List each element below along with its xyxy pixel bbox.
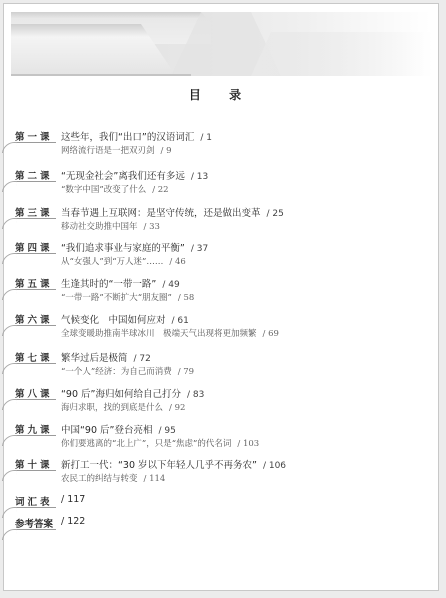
lesson-title[interactable]: “无现金社会”离我们还有多远/ 13 bbox=[61, 168, 208, 182]
lesson-title-text: 新打工一代：“30 岁以下年轻人几乎不再务农” bbox=[61, 460, 257, 471]
lesson-title-text: “我们追求事业与家庭的平衡” bbox=[61, 243, 185, 254]
label-underline bbox=[14, 470, 56, 471]
label-underline bbox=[14, 142, 56, 143]
lesson-title-text: 生逢其时的“一带一路” bbox=[61, 279, 156, 290]
reading-title-text: 网络流行语是一把双刃剑 bbox=[61, 146, 155, 156]
lesson-title-text: 这些年，我们“出口”的汉语词汇 bbox=[61, 132, 194, 143]
page-title: 目 录 bbox=[4, 86, 438, 103]
page-number: / 37 bbox=[191, 244, 208, 254]
lesson-label: 第十课 bbox=[15, 457, 56, 471]
reading-title[interactable]: “一带一路”不断扩大“朋友圈”/ 58 bbox=[61, 291, 194, 303]
page-number: / 9 bbox=[161, 146, 172, 156]
label-hook-decoration bbox=[2, 399, 17, 410]
toc-page: 目 录 第一课 这些年，我们“出口”的汉语词汇/ 1 网络流行语是一把双刃剑/ … bbox=[3, 3, 439, 591]
label-hook-decoration bbox=[2, 435, 17, 446]
lesson-title[interactable]: “90 后”海归如何给自己打分/ 83 bbox=[61, 386, 204, 400]
lesson-title[interactable]: 气候变化 中国如何应对/ 61 bbox=[61, 312, 189, 326]
page-number: / 92 bbox=[169, 403, 185, 413]
reading-title[interactable]: “数字中国”改变了什么/ 22 bbox=[61, 183, 169, 195]
page-number: / 103 bbox=[237, 439, 259, 449]
lesson-title[interactable]: 中国“90 后”登台亮相/ 95 bbox=[61, 422, 176, 436]
page-number: / 33 bbox=[144, 222, 160, 232]
label-hook-decoration bbox=[2, 142, 17, 153]
reading-title-text: “一个人”经济：为自己而消费 bbox=[61, 367, 172, 377]
label-hook-decoration bbox=[2, 363, 17, 374]
label-underline bbox=[14, 325, 56, 326]
page-number: / 61 bbox=[172, 316, 189, 326]
label-underline bbox=[14, 507, 56, 508]
page-number: / 72 bbox=[134, 354, 151, 364]
label-underline bbox=[14, 253, 56, 254]
reading-title-text: 海归求职，找的到底是什么 bbox=[61, 403, 163, 413]
label-hook-decoration bbox=[2, 218, 17, 229]
page-number: / 79 bbox=[178, 367, 194, 377]
label-underline bbox=[14, 529, 56, 530]
label-underline bbox=[14, 289, 56, 290]
reading-title[interactable]: 全球变暖助推南半球冰川 极端天气出现将更加频繁/ 69 bbox=[61, 327, 279, 339]
reading-title[interactable]: 从“女强人”到“万人迷”……/ 46 bbox=[61, 255, 186, 267]
label-hook-decoration bbox=[2, 289, 17, 300]
page-number: / 58 bbox=[178, 293, 194, 303]
lesson-title-text: 中国“90 后”登台亮相 bbox=[61, 425, 152, 436]
reading-title[interactable]: 网络流行语是一把双刃剑/ 9 bbox=[61, 144, 172, 156]
page-number: / 95 bbox=[158, 426, 175, 436]
lesson-title[interactable]: “我们追求事业与家庭的平衡”/ 37 bbox=[61, 240, 208, 254]
page-number: / 1 bbox=[200, 133, 212, 143]
page-number: / 13 bbox=[191, 172, 208, 182]
reading-title-text: 你们要逃离的“北上广”，只是“焦虑”的代名词 bbox=[61, 439, 231, 449]
label-underline bbox=[14, 181, 56, 182]
lesson-label: 第二课 bbox=[15, 168, 56, 182]
lesson-label: 第四课 bbox=[15, 240, 56, 254]
lesson-label: 第六课 bbox=[15, 312, 56, 326]
reading-title[interactable]: 海归求职，找的到底是什么/ 92 bbox=[61, 401, 185, 413]
reading-title-text: 全球变暖助推南半球冰川 极端天气出现将更加频繁 bbox=[61, 329, 257, 339]
lesson-label: 第八课 bbox=[15, 386, 56, 400]
label-underline bbox=[14, 363, 56, 364]
page-number: / 106 bbox=[263, 461, 286, 471]
lesson-title-text: 繁华过后是极简 bbox=[61, 353, 128, 364]
lesson-title[interactable]: 这些年，我们“出口”的汉语词汇/ 1 bbox=[61, 129, 212, 143]
reading-title[interactable]: “一个人”经济：为自己而消费/ 79 bbox=[61, 365, 194, 377]
lesson-title-text: “无现金社会”离我们还有多远 bbox=[61, 171, 185, 182]
label-underline bbox=[14, 399, 56, 400]
page-number: / 83 bbox=[187, 390, 204, 400]
page-number[interactable]: / 117 bbox=[61, 494, 85, 505]
lesson-label: 第一课 bbox=[15, 129, 56, 143]
reading-title[interactable]: 移动社交助推中国年/ 33 bbox=[61, 220, 160, 232]
header-banner bbox=[11, 12, 431, 76]
label-underline bbox=[14, 435, 56, 436]
lesson-title[interactable]: 繁华过后是极简/ 72 bbox=[61, 350, 151, 364]
lesson-label: 第七课 bbox=[15, 350, 56, 364]
lesson-title[interactable]: 当春节遇上互联网：是坚守传统，还是做出变革/ 25 bbox=[61, 205, 284, 219]
page-number: / 49 bbox=[162, 280, 179, 290]
reading-title-text: “一带一路”不断扩大“朋友圈” bbox=[61, 293, 172, 303]
page-number: / 114 bbox=[144, 474, 166, 484]
lesson-title-text: 气候变化 中国如何应对 bbox=[61, 315, 166, 326]
page-number[interactable]: / 122 bbox=[61, 516, 85, 527]
reading-title-text: “数字中国”改变了什么 bbox=[61, 185, 146, 195]
label-underline bbox=[14, 218, 56, 219]
page-number: / 69 bbox=[263, 329, 279, 339]
page-number: / 46 bbox=[169, 257, 185, 267]
lesson-title-text: “90 后”海归如何给自己打分 bbox=[61, 389, 181, 400]
lesson-label: 第九课 bbox=[15, 422, 56, 436]
reading-title-text: 从“女强人”到“万人迷”…… bbox=[61, 257, 163, 267]
lesson-title-text: 当春节遇上互联网：是坚守传统，还是做出变革 bbox=[61, 208, 261, 219]
lesson-title[interactable]: 新打工一代：“30 岁以下年轻人几乎不再务农”/ 106 bbox=[61, 457, 286, 471]
appendix-label: 词汇表 bbox=[15, 494, 56, 508]
reading-title[interactable]: 你们要逃离的“北上广”，只是“焦虑”的代名词/ 103 bbox=[61, 437, 259, 449]
lesson-title[interactable]: 生逢其时的“一带一路”/ 49 bbox=[61, 276, 180, 290]
banner-stripe bbox=[251, 32, 431, 76]
label-hook-decoration bbox=[2, 529, 17, 540]
lesson-label: 第五课 bbox=[15, 276, 56, 290]
page-number: / 22 bbox=[152, 185, 168, 195]
page-number: / 25 bbox=[267, 209, 284, 219]
label-hook-decoration bbox=[2, 181, 17, 192]
banner-rule bbox=[11, 74, 191, 76]
label-hook-decoration bbox=[2, 325, 17, 336]
label-hook-decoration bbox=[2, 470, 17, 481]
label-hook-decoration bbox=[2, 253, 17, 264]
reading-title-text: 移动社交助推中国年 bbox=[61, 222, 138, 232]
reading-title-text: 农民工的纠结与转变 bbox=[61, 474, 138, 484]
appendix-label: 参考答案 bbox=[15, 516, 56, 530]
reading-title[interactable]: 农民工的纠结与转变/ 114 bbox=[61, 472, 165, 484]
lesson-label: 第三课 bbox=[15, 205, 56, 219]
